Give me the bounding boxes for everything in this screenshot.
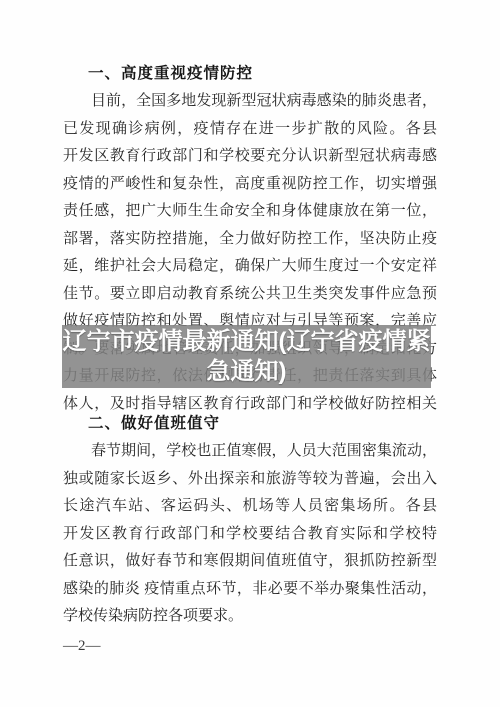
text-line: 感染的肺炎 疫情重点环节，非必要不举办聚集性活动，切实落实 [63, 576, 437, 604]
page-number: —2— [63, 633, 437, 659]
overlay-title-line-2: 急通知) [207, 357, 287, 387]
text-line: 责任感，把广大师生生命安全和身体健康放在第一位，及时研究 [63, 198, 437, 226]
text-line: 部署，落实防控措施，全力做好防控工作，坚决防止疫情扩散蔓 [63, 226, 437, 254]
section-1-heading: 一、高度重视疫情防控 [63, 60, 437, 88]
title-overlay-banner: 辽宁市疫情最新通知(辽宁省疫情紧 急通知) [62, 325, 431, 388]
text-line: 学校传染病防控各项要求。 [63, 603, 437, 631]
text-line: 佳节。要立即启动教育系统公共卫生类突发事件应急预案和机制， [63, 281, 437, 309]
text-line: 开发区教育行政部门和学校要结合教育实际和学校特点，强化责 [63, 521, 437, 549]
text-line: 独或随家长返乡、外出探亲和旅游等较为普遍，会出入火车站、 [63, 466, 437, 494]
overlay-title-line-1: 辽宁市疫情最新通知(辽宁省疫情紧 [63, 327, 431, 357]
text-line: 开发区教育行政部门和学校要充分认识新型冠状病毒感染的肺炎 [63, 143, 437, 171]
section-2-paragraph: 春节期间，学校也正值寒假，人员大范围密集流动，学生单 独或随家长返乡、外出探亲和… [63, 438, 437, 631]
text-line: 延，维护社会大局稳定，确保广大师生度过一个安定祥和的新春 [63, 253, 437, 281]
text-line: 已发现确诊病例，疫情存在进一步扩散的风险。各县（市、区）、 [63, 116, 437, 144]
text-line: 疫情的严峻性和复杂性，高度重视防控工作，切实增强紧迫感和 [63, 171, 437, 199]
text-line: 长途汽车站、客运码头、机场等人员密集场所。各县（市、区）、 [63, 493, 437, 521]
text-line: 目前，全国多地发现新型冠状病毒感染的肺炎患者，我省也 [63, 88, 437, 116]
text-line: 春节期间，学校也正值寒假，人员大范围密集流动，学生单 [63, 438, 437, 466]
text-line: 任意识，做好春节和寒假期间值班值守，狠抓防控新型冠状病毒 [63, 548, 437, 576]
document-page: 一、高度重视疫情防控 目前，全国多地发现新型冠状病毒感染的肺炎患者，我省也 已发… [0, 0, 500, 707]
